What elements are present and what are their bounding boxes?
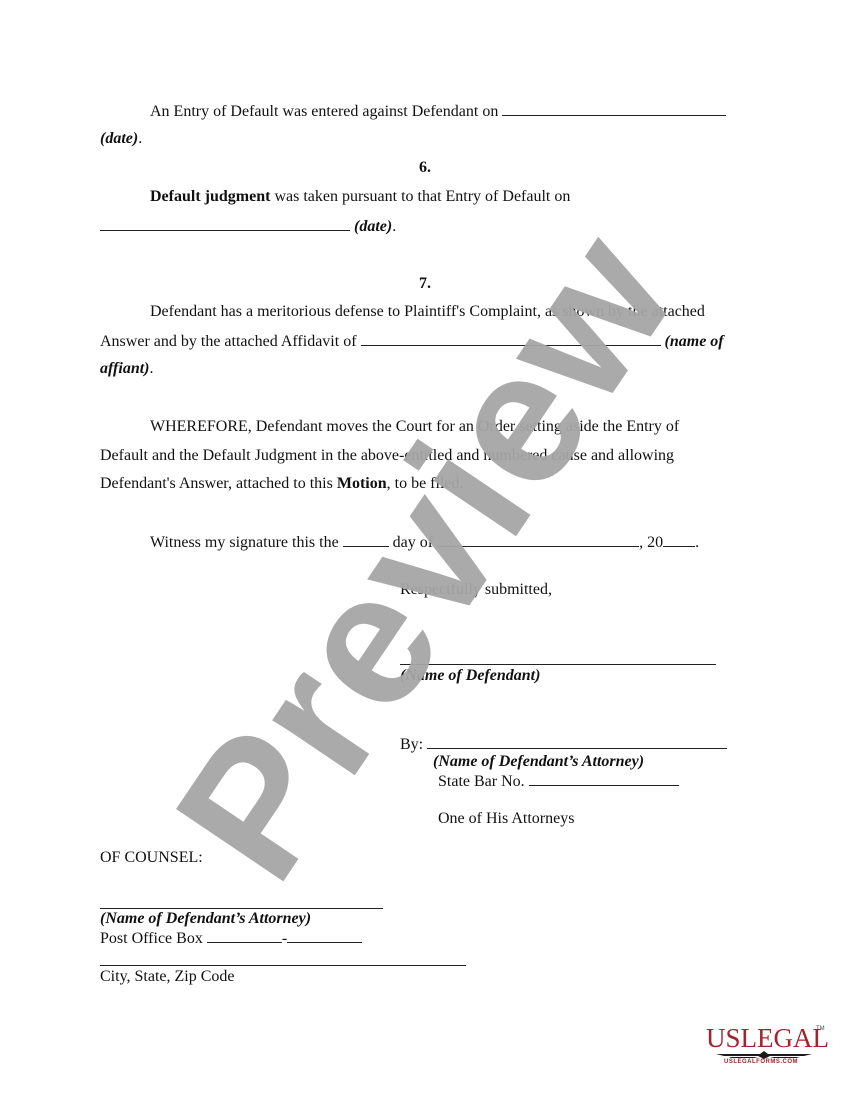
document-page: An Entry of Default was entered against … [0,0,850,1100]
wherefore-text: Defendant's Answer, attached to this [100,475,337,492]
defendant-signature-line[interactable] [400,664,716,665]
judgment-date-blank[interactable] [100,216,350,231]
logo-text: USLEGAL [706,1024,829,1052]
period: . [392,218,396,235]
logo-url: USLEGALFORMS.COM [724,1059,798,1065]
po-box-blank-1[interactable] [207,928,282,943]
motion-bold: Motion [337,475,387,492]
default-judgment-line: Default judgment was taken pursuant to t… [150,187,570,207]
month-blank[interactable] [437,532,639,547]
day-blank[interactable] [343,532,389,547]
state-bar-label: State Bar No. [438,773,529,790]
one-of-his-attorneys: One of His Attorneys [438,809,574,829]
defense-line-1: Defendant has a meritorious defense to P… [150,302,705,322]
default-judgment-text: was taken pursuant to that Entry of Defa… [270,188,570,205]
day-of-text: day of [389,534,437,551]
eagle-wings-icon [714,1051,814,1059]
name-of-affiant-label: (name of [665,333,724,350]
year-prefix: , 20 [639,534,663,551]
period: . [149,360,153,377]
year-blank[interactable] [663,532,695,547]
wherefore-text-end: , to be filed. [387,475,464,492]
state-bar-blank[interactable] [529,771,679,786]
date-label: (date) [354,218,392,235]
defense-line-2: Answer and by the attached Affidavit of … [100,331,724,352]
attorney-signature-blank[interactable] [427,734,727,749]
respectfully-submitted: Respectfully submitted, [400,580,552,600]
by-label: By: [400,736,427,753]
name-of-defendant-label: (Name of Defendant) [400,666,540,686]
judgment-date-line: (date). [100,216,396,237]
of-counsel-heading: OF COUNSEL: [100,848,203,868]
po-box-label: Post Office Box [100,930,207,947]
period: . [695,534,699,551]
affiant-name-blank[interactable] [361,331,661,346]
attorney-name-label: (Name of Defendant’s Attorney) [433,752,644,772]
entry-of-default-line: An Entry of Default was entered against … [150,101,726,122]
witness-line: Witness my signature this the day of , 2… [150,532,699,553]
affidavit-text: Answer and by the attached Affidavit of [100,333,361,350]
period: . [138,130,142,147]
state-bar-line: State Bar No. [438,771,679,792]
wherefore-line-2: Default and the Default Judgment in the … [100,446,674,466]
entry-of-default-text: An Entry of Default was entered against … [150,103,502,120]
city-state-zip-label: City, State, Zip Code [100,967,235,987]
po-box-line: Post Office Box - [100,928,362,949]
section-7-number: 7. [0,274,850,294]
entry-date-blank[interactable] [502,101,726,116]
section-6-number: 6. [0,158,850,178]
city-state-zip-line[interactable] [100,965,466,966]
default-judgment-bold: Default judgment [150,188,270,205]
defense-line-3: affiant). [100,359,153,379]
entry-date-label-line: (date). [100,129,142,149]
wherefore-line-1: WHEREFORE, Defendant moves the Court for… [150,417,679,437]
uslegal-logo[interactable]: USLEGAL TM USLEGALFORMS.COM [706,1024,822,1068]
affiant-label: affiant) [100,360,149,377]
date-label: (date) [100,130,138,147]
witness-text: Witness my signature this the [150,534,343,551]
trademark: TM [816,1026,825,1032]
counsel-attorney-label: (Name of Defendant’s Attorney) [100,909,311,929]
po-box-blank-2[interactable] [287,928,362,943]
wherefore-line-3: Defendant's Answer, attached to this Mot… [100,474,464,494]
